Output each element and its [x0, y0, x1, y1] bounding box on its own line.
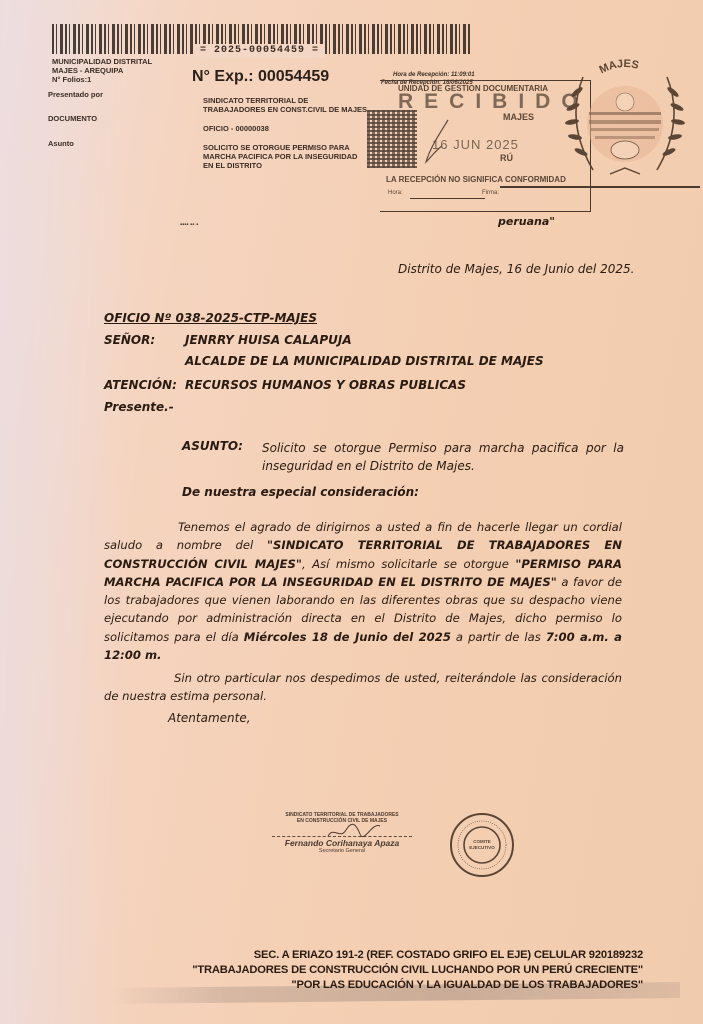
greeting: De nuestra especial consideración: — [182, 485, 419, 499]
handwritten-initial-icon — [420, 118, 460, 168]
body-text: a partir de las — [451, 630, 546, 644]
presenter-line: SINDICATO TERRITORIAL DE — [203, 96, 367, 105]
dotted-mark: ▪▪▪▪ ▪▪ ▪ — [180, 222, 198, 228]
stamp-hora-label: Hora: — [388, 190, 403, 196]
sign-off: Atentamente, — [168, 711, 251, 725]
body-text: , Así mismo solicitarle se otorgue — [302, 557, 515, 571]
subject-line: SOLICITO SE OTORGUE PERMISO PARA — [203, 143, 357, 152]
stamp-hora-line — [410, 198, 485, 199]
subject-value: SOLICITO SE OTORGUE PERMISO PARA MARCHA … — [203, 143, 357, 170]
svg-text:COMITE: COMITE — [473, 839, 491, 844]
presented-by-label: Presentado por — [48, 90, 103, 99]
atencion-label: ATENCIÓN: — [104, 378, 177, 392]
footer-address: SEC. A ERIAZO 191-2 (REF. COSTADO GRIFO … — [83, 949, 643, 961]
reception-time: Hora de Recepción: 11:09:01 — [393, 72, 475, 78]
footer-motto-2: "POR LAS EDUCACIÓN Y LA IGUALDAD DE LOS … — [83, 979, 643, 991]
atencion-value: RECURSOS HUMANOS Y OBRAS PUBLICAS — [185, 378, 466, 392]
subject-line: MARCHA PACIFICA POR LA INSEGURIDAD — [203, 152, 357, 161]
closing-paragraph: Sin otro particular nos despedimos de us… — [104, 669, 622, 706]
signer-role: Secretario General — [272, 848, 412, 854]
stamp-firma-label: Firma: — [482, 190, 499, 196]
footer-motto-1: "TRABAJADORES DE CONSTRUCCIÓN CIVIL LUCH… — [83, 964, 643, 976]
recipient-title: ALCALDE DE LA MUNICIPALIDAD DISTRITAL DE… — [185, 354, 544, 368]
asunto-value: Solicito se otorgue Permiso para marcha … — [262, 439, 624, 475]
document-value: OFICIO - 00000038 — [203, 124, 269, 133]
municipality-label: MUNICIPALIDAD DISTRITAL MAJES - AREQUIPA… — [52, 57, 152, 84]
expedient-number: N° Exp.: 00054459 — [192, 68, 329, 86]
municipality-line: MUNICIPALIDAD DISTRITAL — [52, 57, 152, 66]
municipality-line: MAJES - AREQUIPA — [52, 66, 152, 75]
subject-label: Asunto — [48, 139, 74, 148]
svg-text:MAJES: MAJES — [597, 58, 639, 76]
stamp-disclaimer: LA RECEPCIÓN NO SIGNIFICA CONFORMIDAD — [386, 175, 566, 184]
oficio-number: OFICIO Nº 038-2025-CTP-MAJES — [104, 311, 317, 325]
stamp-majes: MAJES — [503, 112, 534, 122]
letter-date: Distrito de Majes, 16 de Junio del 2025. — [398, 262, 634, 276]
stamp-ru: RÚ — [500, 153, 513, 163]
presented-by-value: SINDICATO TERRITORIAL DE TRABAJADORES EN… — [203, 96, 367, 114]
presenter-line: TRABAJADORES EN CONST.CIVIL DE MAJES — [203, 105, 367, 114]
presente: Presente.- — [104, 400, 174, 414]
signature-block: SINDICATO TERRITORIAL DE TRABAJADORES EN… — [272, 812, 412, 854]
barcode-number: = 2025-00054459 = — [200, 45, 319, 56]
document-label: DOCUMENTO — [48, 114, 97, 123]
handwritten-signature-icon — [324, 820, 384, 842]
paper-shadow — [0, 0, 130, 1024]
senor-label: SEÑOR: — [104, 333, 155, 347]
asunto-label: ASUNTO: — [182, 439, 243, 453]
body-paragraph: Tenemos el agrado de dirigirnos a usted … — [104, 518, 622, 664]
body-bold-date: Miércoles 18 de Junio del 2025 — [244, 630, 451, 644]
union-round-seal-icon: COMITE EJECUTIVO — [449, 812, 515, 878]
recipient-name: JENRRY HUISA CALAPUJA — [185, 333, 352, 347]
folios-line: N° Folios:1 — [52, 75, 152, 84]
subject-line: EN EL DISTRITO — [203, 161, 357, 170]
majes-municipal-seal-icon: MAJES — [555, 52, 695, 192]
svg-text:EJECUTIVO: EJECUTIVO — [469, 845, 495, 850]
stamp-peruana-text: peruana" — [498, 215, 555, 228]
